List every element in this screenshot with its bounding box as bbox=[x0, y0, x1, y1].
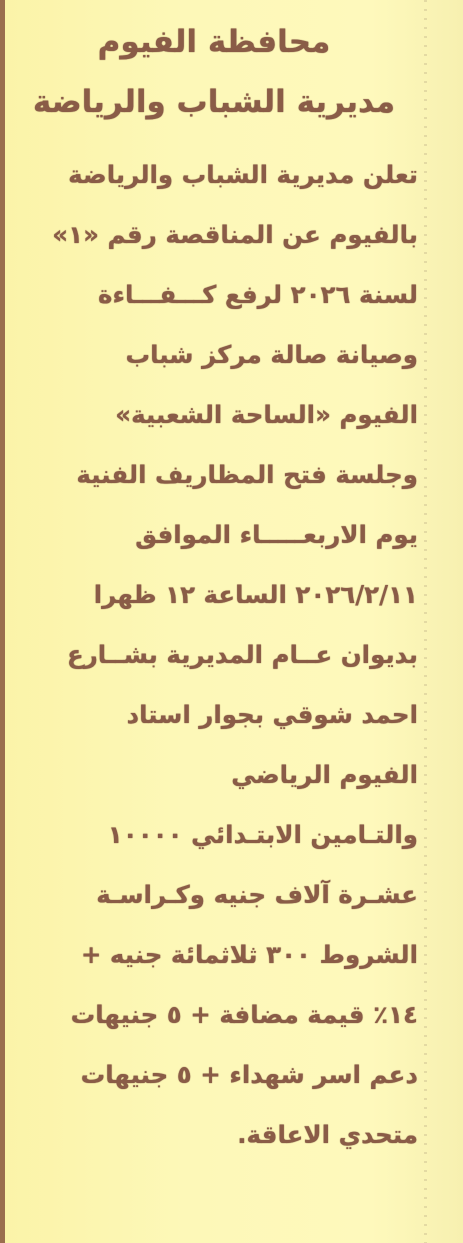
body-line-17: متحدي الاعاقة. bbox=[237, 1119, 418, 1151]
left-border-rule bbox=[0, 0, 5, 1243]
body-line-10: احمد شوقي بجوار استاد bbox=[127, 699, 419, 731]
body-line-16: دعم اسر شهداء + ٥ جنيهات bbox=[81, 1059, 418, 1091]
body-line-7: يوم الاربعـــــاء الموافق bbox=[135, 519, 418, 551]
body-line-12: والتـامين الابتـدائي ١٠٠٠٠ bbox=[108, 819, 418, 851]
body-line-11: الفيوم الرياضي bbox=[231, 759, 418, 791]
body-line-6: وجلسة فتح المظاريف الفنية bbox=[76, 459, 418, 491]
newspaper-clipping: محافظة الفيوم مديرية الشباب والرياضة تعل… bbox=[0, 0, 463, 1243]
body-line-13: عشـرة آلاف جنيه وكـراسـة bbox=[96, 879, 418, 911]
body-line-15: ١٤٪ قيمة مضافة + ٥ جنيهات bbox=[71, 999, 418, 1031]
body-line-5: الفيوم «الساحة الشعبية» bbox=[115, 399, 418, 431]
body-line-2: بالفيوم عن المناقصة رقم «١» bbox=[52, 219, 418, 251]
header-directorate: مديرية الشباب والرياضة bbox=[10, 82, 418, 122]
body-line-3: لسنة ٢٠٢٦ لرفع كـــفـــاءة bbox=[98, 279, 418, 311]
scan-fold-speckle bbox=[424, 0, 427, 1243]
body-line-1: تعلن مديرية الشباب والرياضة bbox=[68, 159, 418, 191]
header-governorate: محافظة الفيوم bbox=[10, 22, 418, 62]
body-line-4: وصيانة صالة مركز شباب bbox=[126, 339, 419, 371]
body-line-9: بديوان عــام المديرية بشــارع bbox=[67, 639, 418, 671]
body-line-8: ٢٠٢٦/٢/١١ الساعة ١٢ ظهرا bbox=[94, 579, 418, 611]
body-line-14: الشروط ٣٠٠ ثلاثمائة جنيه + bbox=[81, 939, 418, 971]
